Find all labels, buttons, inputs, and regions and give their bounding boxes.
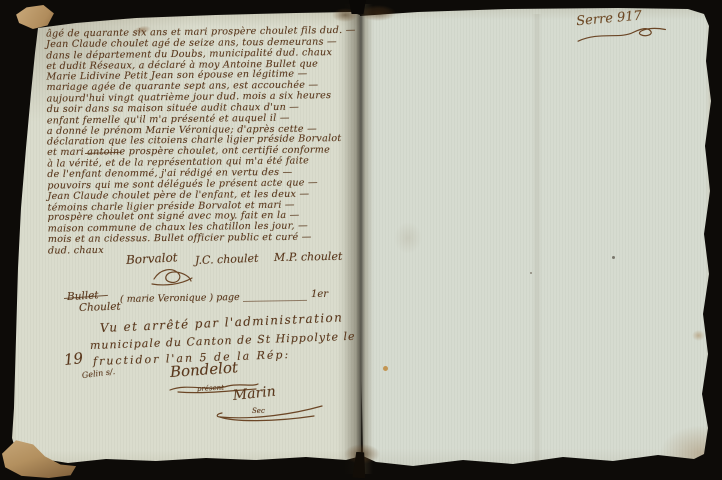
secretary-title: Sec bbox=[252, 407, 265, 415]
president-title: présent bbox=[197, 384, 224, 393]
foxing-spot bbox=[692, 330, 705, 341]
scorch-mark bbox=[360, 5, 396, 21]
foxing-spot bbox=[383, 366, 388, 371]
signature-mp-choulet: M.P. choulet bbox=[274, 250, 343, 264]
signature-jc-choulet: J.C. choulet bbox=[195, 252, 259, 267]
register-page-number: 1er bbox=[311, 289, 328, 300]
foxing-speck bbox=[530, 272, 532, 274]
foxing-speck bbox=[612, 256, 615, 259]
approval-day-number: 19 bbox=[63, 349, 84, 369]
act-text: âgé de quarante six ans et mari prospère… bbox=[46, 26, 370, 257]
signature-flourish bbox=[150, 265, 194, 287]
torn-corner-top-left bbox=[14, 5, 56, 29]
register-entry: ( marie Veronique ) page bbox=[120, 292, 240, 305]
scanned-register-spread: âgé de quarante six ans et mari prospère… bbox=[0, 0, 722, 480]
binding-strap-top bbox=[349, 0, 366, 14]
fold-crease bbox=[532, 14, 542, 462]
paper-stain bbox=[394, 222, 422, 254]
register-corrected-name: Choulet bbox=[79, 301, 121, 314]
signature-flourish bbox=[214, 404, 326, 420]
